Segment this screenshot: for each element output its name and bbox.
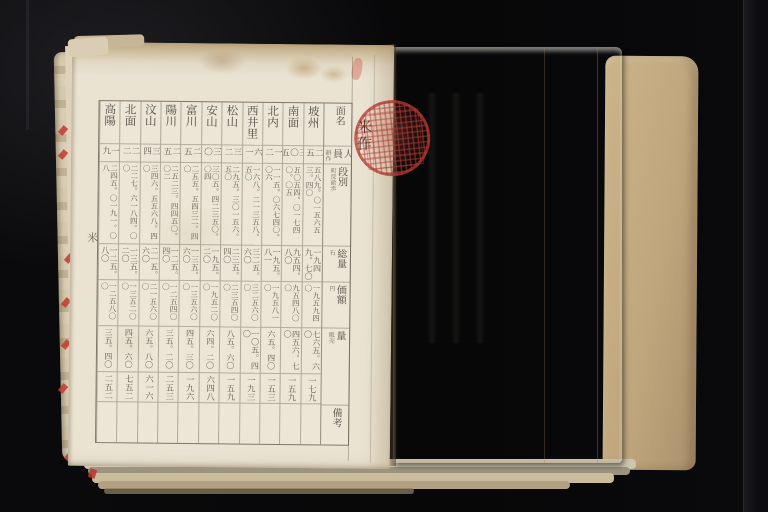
row-label: 人員 [330,148,351,163]
table-cell: 二五二三。四四五〇。〇二 [160,163,180,245]
cell-value: 二一五六〇〇 [141,283,157,326]
table-cell: 一九六 [179,373,199,403]
cell-value: 四五六。七〇 [282,330,299,373]
table-cell: 六四八 [199,373,219,403]
cell-value: 三二五六〇〇 [243,284,259,327]
table-cell: 二五 [161,145,181,163]
column-header-cell: 北内 [263,103,283,146]
row-label-cell: 面名 [324,103,351,146]
worn-page-corner [68,36,109,57]
cell-value: 一五三 [266,376,275,403]
row-label-cell: 段別町反畝歩 [323,164,351,246]
cell-value: 二四五。〇一九一。〇八 [101,164,118,243]
column-header-cell: 富川 [182,102,202,145]
cell-value: 二三五。四〇 [222,247,239,280]
table-cell: 一九 [100,144,120,162]
cell-value: 二五 [162,147,180,162]
cell-value: 三五。四〇 [103,328,112,371]
row-label: 面名 [332,106,343,146]
column-header-cell: 南面 [283,103,303,146]
cell-value: 一九五二〇〇 [202,283,218,326]
table-cell: 四五。六〇 [118,326,138,372]
cell-value: 二三五四〇〇 [222,283,238,326]
table-cell: 二九五。三〇一五六。五〇 [221,163,241,245]
table-cell [117,402,137,440]
table-cell: 五八九。〇一五六五三。四〇 [303,164,323,246]
row-label-cell: 量販売 [321,328,349,405]
cell-value: 一五九 [286,376,295,403]
cell-value: 九五四。八〇 [283,248,300,281]
table-cell [260,404,280,442]
right-page-blank [393,47,622,463]
table-cell: 八五。六〇 [220,327,240,373]
table-cell: 三五。二〇 [159,327,179,373]
cell-value: 一七九 [306,376,315,403]
table-cell: 一九五九四〇 [302,282,322,328]
row-label: 価額 [333,285,344,328]
column-header-cell: 陽川 [161,102,181,145]
column-header-cell: 北面 [121,101,141,144]
table-cell: 六四。二〇 [200,327,220,373]
table-cell: 三〇五 [283,146,303,164]
table-cell: 一三五。六〇 [180,245,200,281]
table-cell: 七五二 [118,372,138,402]
cell-value: 一九五。二〇 [202,247,219,280]
row-label-cell: 人員耕作 [324,146,351,164]
table-cell [280,404,300,442]
cell-value: 四五。三〇 [185,329,194,372]
table-cell: 一二五。四〇 [160,245,180,281]
cell-value: 一九 [101,146,119,161]
table-cell: 一〇五。四〇 [240,328,260,374]
cell-value: 一三五。六〇 [181,247,198,280]
cell-value: 三二五。六〇 [243,248,260,281]
page-crease [597,47,598,463]
table-cell [138,403,158,441]
frame-edge-left [26,0,29,130]
table-cell: 二五三 [159,373,179,403]
table-cell: 二二七。六一八四。〇〇 [119,162,139,244]
cell-value: 二二七。六一八四。〇〇 [121,164,138,243]
cell-value: 三四 [141,147,159,162]
table-cell: 四五六。七〇 [281,328,301,374]
table-cell: 三〇五。四二三五〇。〇四 [201,163,221,245]
cell-value: 三五。二〇 [164,329,173,372]
place-name: 高陽 [104,103,116,143]
column-header-cell: 安山 [202,102,222,145]
table-cell: 二四五。〇一九一。〇八 [99,162,119,244]
table-cell: 九五四八〇〇 [282,282,302,328]
cell-value: 六一 [243,148,261,163]
row-label: 総量 [334,249,345,282]
column-header-cell: 汶山 [141,102,161,145]
table-cell: 三二五。六〇 [241,246,261,282]
table-cell: 二五二 [97,372,117,402]
table-cell: 一二 [263,146,283,164]
cell-value: 六一六 [143,375,152,402]
place-name: 汶山 [145,104,157,144]
table-cell: 三五。四〇 [98,326,118,372]
ledger-table: 面名人員耕作段別町反畝歩総量石価額円量販売備考坡州二五五八九。〇一五六五三。四〇… [95,100,353,446]
cell-value: 二五 [182,147,200,162]
cell-value: 一五九 [225,375,234,402]
cell-value: 一二五四〇〇 [161,283,177,326]
column-header-cell: 松山 [222,102,242,145]
cell-value: 二二 [121,146,139,161]
cell-value: 一六八。二一三五八。五〇 [243,166,260,245]
photo-background: 米作 米 面名人員耕作段別町反畝歩総量石価額円量販売備考坡州二五五八九。〇一五六… [0,0,768,512]
table-cell: 一三五六〇〇 [180,281,200,327]
cell-value: 六五。四〇 [266,330,275,373]
place-name: 西井里 [246,105,258,145]
cell-value: 一九四九。七〇 [304,248,321,281]
table-cell: 一九五二〇〇 [200,281,220,327]
cell-value: 二五三 [164,375,173,402]
table-cell: 一三五二〇〇 [119,280,139,326]
cell-value: 一一五。〇六七四〇。〇六 [264,166,281,245]
cell-value: 六五。八〇 [144,329,153,372]
table-label-column: 面名人員耕作段別町反畝歩総量石価額円量販売備考 [320,103,352,444]
table-cell: 一九五八一〇 [261,282,281,328]
table-cell: 一六八。二一三五八。五〇 [242,164,262,246]
cell-value: 二五 [304,148,322,163]
table-cell: 三〇 [202,145,222,163]
cell-value: 六四八 [205,375,214,402]
row-label: 備考 [329,408,340,444]
row-label-cell: 総量石 [323,246,350,282]
cell-value: 五八九。〇一五六五三。四〇 [305,166,322,245]
table-cell: 一三五。二〇 [119,244,139,280]
table-cell: 九五四。八〇 [282,246,302,282]
cell-value: 一九五。八一 [263,248,280,281]
cell-value: 一二 [264,148,282,163]
table-cell: 三二五六〇〇 [241,282,261,328]
table-cell [158,403,178,441]
table-cell: 一五九 [220,373,240,403]
table-cell: 一二五。八〇 [99,244,119,280]
cell-value: 一九五八一〇 [263,284,279,327]
cell-value: 二九五。三〇一五六。五〇 [223,165,240,244]
table-cell: 一五九 [281,374,301,404]
place-name: 松山 [226,104,238,144]
cell-value: 三〇五 [283,148,303,163]
table-cell: 二五 [304,146,324,164]
place-name: 坡州 [307,105,319,145]
cell-value: 三〇五。四二三五〇。〇四 [203,165,220,244]
table-cell: 七六五。六〇 [301,328,321,374]
row-label-cell: 備考 [321,405,348,443]
table-cell [97,402,117,440]
cell-value: 四五。六〇 [124,328,133,371]
table-cell [219,403,239,441]
cell-value: 五〇五四。〇一七四〇。〇五 [284,166,301,245]
table-cell: 三二 [222,145,242,163]
table-cell: 一二五四〇〇 [159,281,179,327]
cell-value: 一九六 [184,375,193,402]
page-crease [544,47,545,463]
cell-value: 一三五六〇〇 [182,283,198,326]
cell-value: 三四六。五五六八。四〇 [142,165,159,244]
place-name: 安山 [206,104,218,144]
table-cell: 三四六。五五六八。四〇 [140,163,160,245]
cell-value: 一九五九四〇 [304,284,320,327]
table-cell: 六五。四〇 [261,328,281,374]
place-name: 北面 [124,103,136,143]
table-cell: 一九五。二〇 [201,245,221,281]
cell-value: 八五。六〇 [225,329,234,372]
place-name: 南面 [287,105,299,145]
cell-value: 一〇五。四〇 [242,330,259,373]
row-label: 段別 [334,167,345,246]
left-page-ledger: 米作 米 面名人員耕作段別町反畝歩総量石価額円量販売備考坡州二五五八九。〇一五六… [68,42,394,469]
table-cell: 二一五。六〇 [139,245,159,281]
cell-value: 一三五。二〇 [120,246,137,279]
cell-value: 七六五。六〇 [303,330,320,373]
table-cell: 一九五。八一 [262,246,282,282]
column-header-cell: 坡州 [304,103,324,146]
column-header-cell: 西井里 [243,103,263,146]
ink-bleedthrough [421,93,483,343]
table-cell: 五〇五四。〇一七四〇。〇五 [282,164,302,246]
table-cell [179,403,199,441]
place-name: 陽川 [165,104,177,144]
cell-value: 一三五二〇〇 [120,282,136,325]
table-cell: 二五五。五四三二。四〇 [181,163,201,245]
table-cell: 一九三 [240,374,260,404]
table-cell: 六五。八〇 [139,327,159,373]
table-cell: 二三五。四〇 [221,245,241,281]
table-cell: 二一五六〇〇 [139,281,159,327]
table-cell: 六一 [243,146,263,164]
table-cell: 二三五四〇〇 [220,281,240,327]
table-cell: 一一五。〇六七四〇。〇六 [262,164,282,246]
cell-value: 九五四八〇〇 [283,284,299,327]
cell-value: 七五二 [123,374,132,401]
table-cell: 一五三 [260,374,280,404]
table-cell [199,403,219,441]
row-label: 量 [333,331,344,405]
table-cell: 一九四九。七〇 [302,246,322,282]
cell-value: 一二五。八〇 [100,246,117,279]
table-cell: 二二 [120,144,140,162]
cell-value: 三二 [223,147,241,162]
table-cell [240,404,260,442]
table-cell: 六一六 [138,373,158,403]
place-name: 富川 [185,104,197,144]
cell-value: 二五二三。四四五〇。〇二 [162,165,179,244]
cell-value: 二五五。五四三二。四〇 [182,165,199,244]
cell-value: 六四。二〇 [205,329,214,372]
cell-value: 三〇 [203,147,221,162]
cell-value: 一二五。四〇 [161,247,178,280]
frame-edge-right [743,0,768,512]
column-header-cell: 高陽 [100,101,120,144]
table-cell: 二五 [181,145,201,163]
row-label-cell: 価額円 [322,282,349,328]
cell-value: 一九三 [245,376,254,403]
table-cell: 三四 [141,145,161,163]
cell-value: 二一五。六〇 [141,247,158,280]
page-edge-stack-bottom [104,488,414,494]
table-cell: 四五。三〇 [179,327,199,373]
cell-value: 一二五八〇〇 [100,282,116,325]
place-name: 北内 [267,105,279,145]
table-cell [301,404,321,442]
table-cell: 一七九 [301,374,321,404]
table-cell: 一二五八〇〇 [98,280,118,326]
cell-value: 二五二 [103,374,112,401]
